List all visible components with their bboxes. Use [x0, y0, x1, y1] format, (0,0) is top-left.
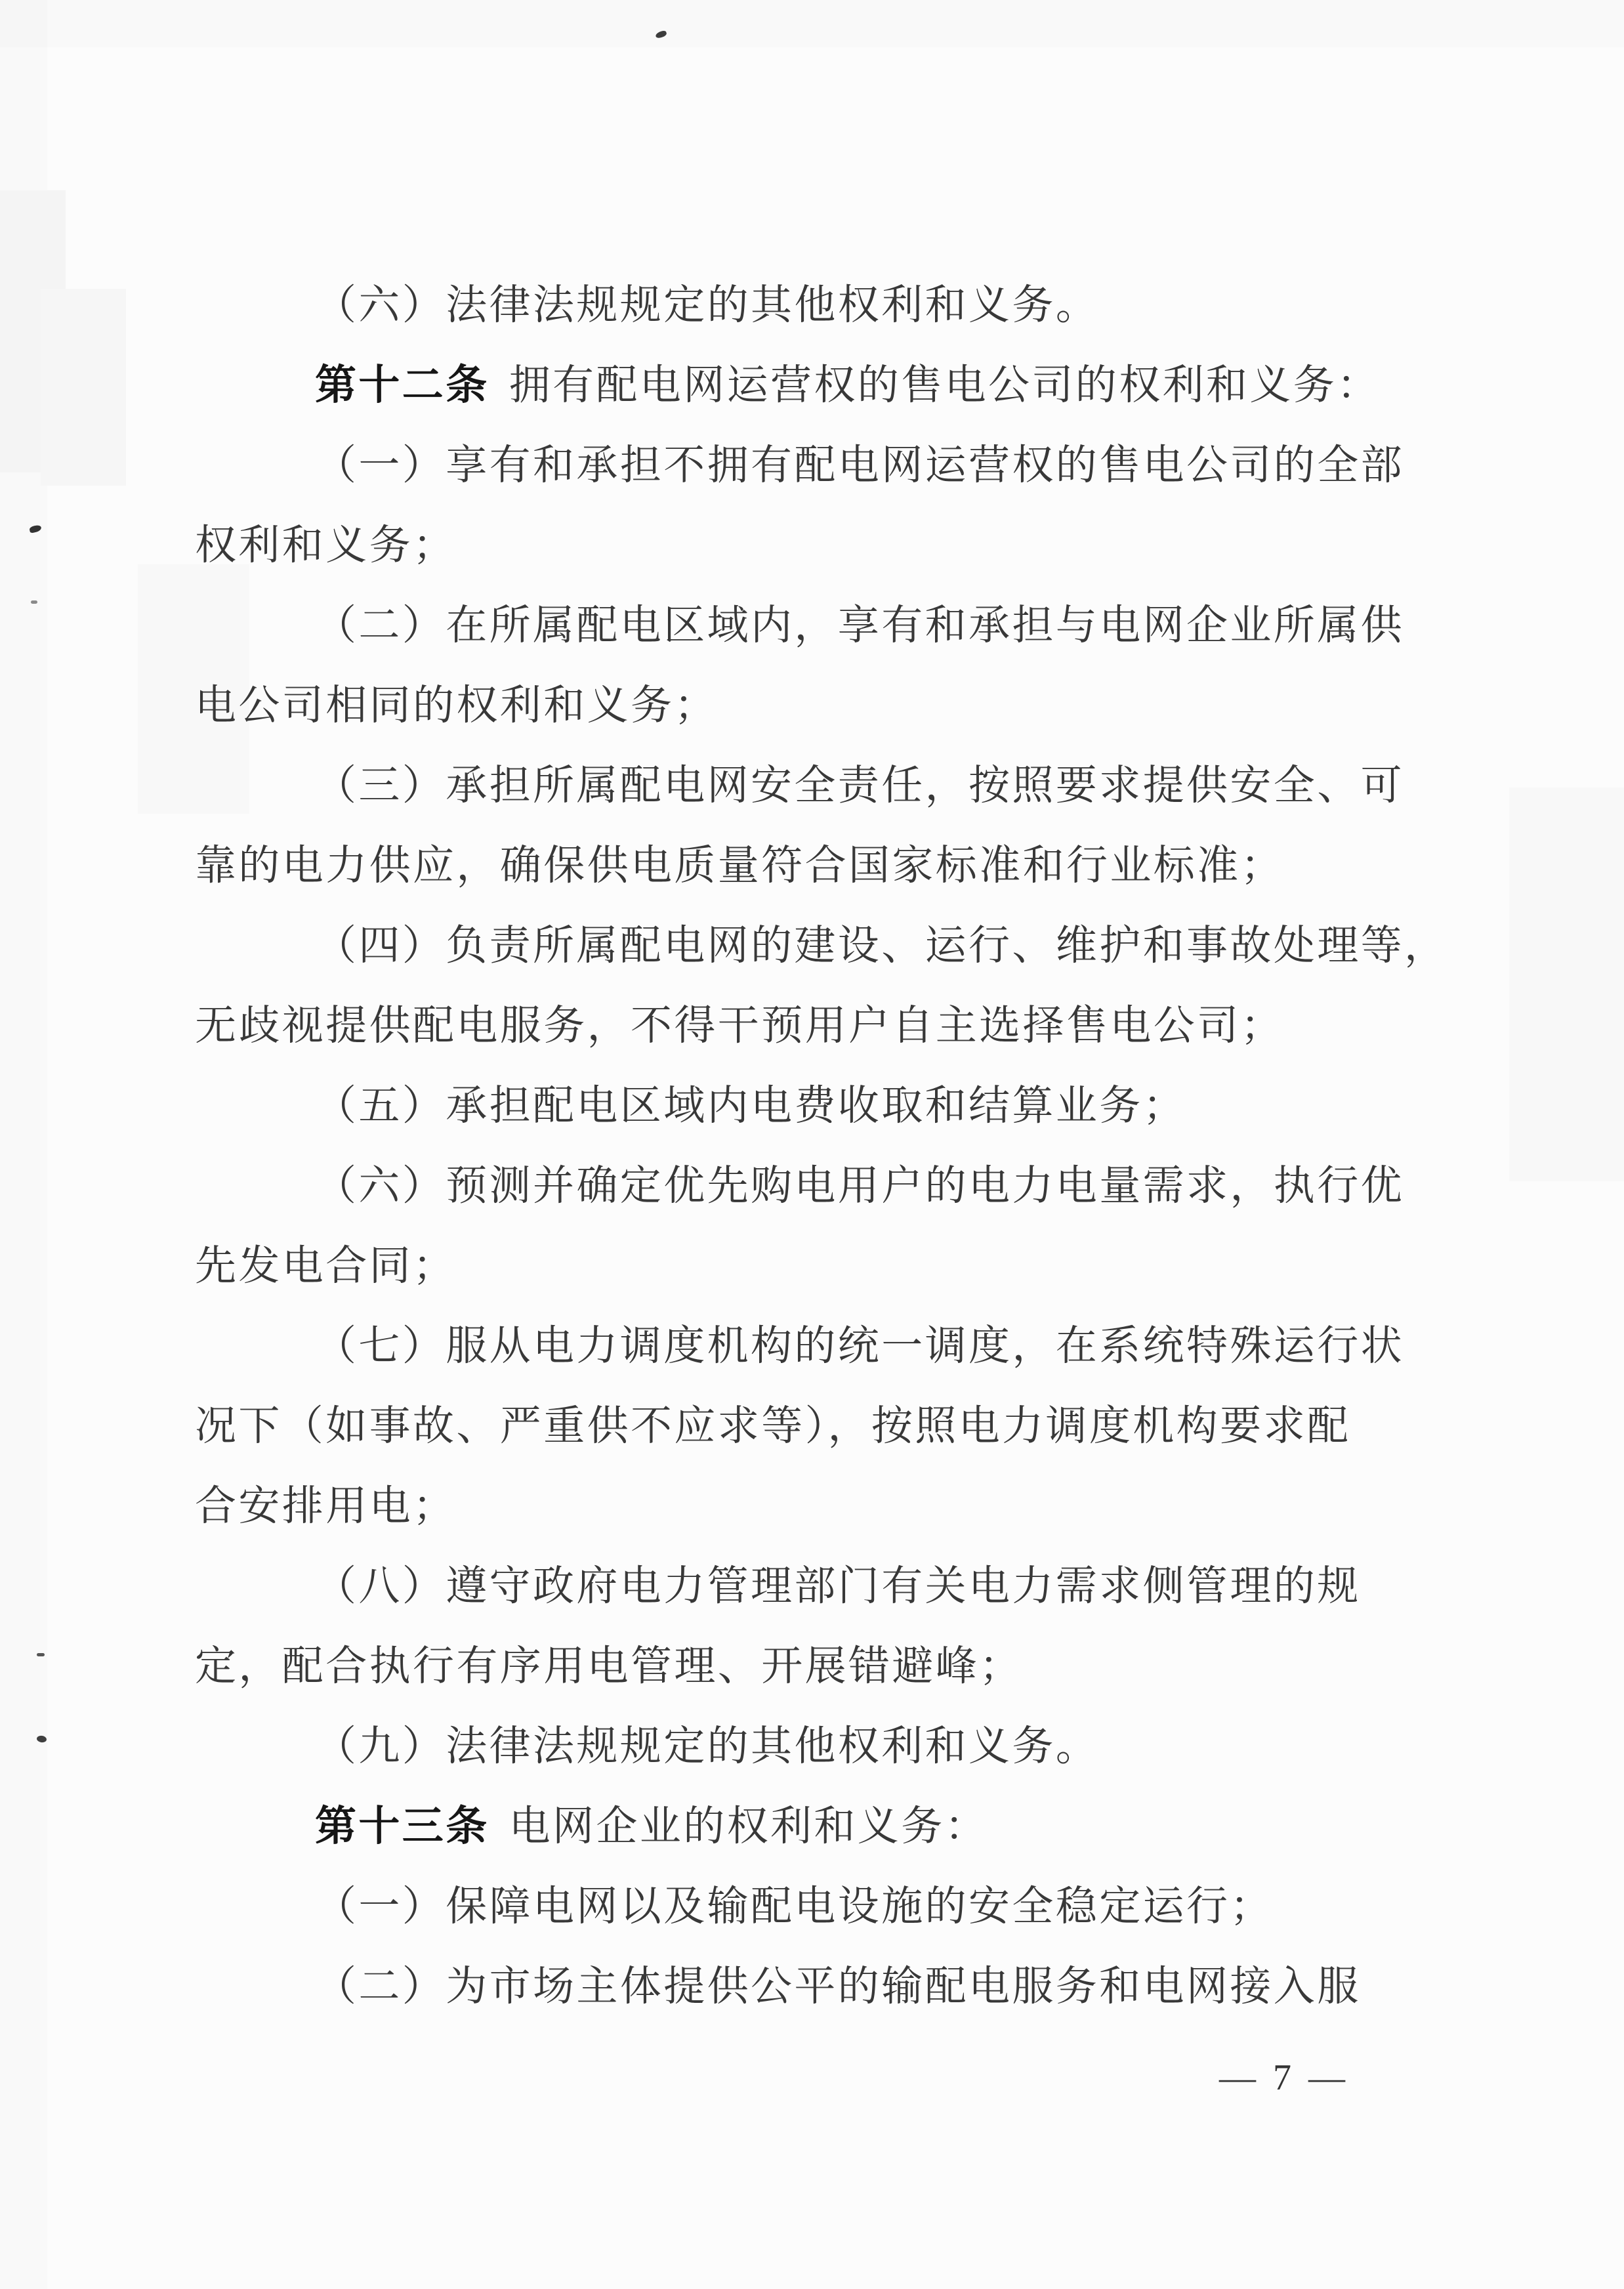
scan-shading [0, 190, 66, 472]
text-line-18: 定，配合执行有序用电管理、开展错避峰； [195, 1626, 1428, 1706]
line-text: （二）为市场主体提供公平的输配电服务和电网接入服 [315, 1963, 1361, 2009]
text-line-17: （八）遵守政府电力管理部门有关电力需求侧管理的规 [195, 1546, 1428, 1626]
text-line-1: （六）法律法规规定的其他权利和义务。 [195, 265, 1428, 345]
text-line-9: （四）负责所属配电网的建设、运行、维护和事故处理等， [195, 906, 1428, 986]
scan-speck [29, 524, 42, 534]
text-line-7: （三）承担所属配电网安全责任，按照要求提供安全、可 [195, 745, 1428, 826]
text-line-10: 无歧视提供配电服务，不得干预用户自主选择售电公司； [195, 986, 1428, 1066]
line-text: （一）享有和承担不拥有配电网运营权的售电公司的全部 [315, 442, 1404, 488]
page-number: — 7 — [1219, 2057, 1349, 2099]
text-line-8: 靠的电力供应，确保供电质量符合国家标准和行业标准； [195, 826, 1428, 906]
text-line-4: 权利和义务； [195, 505, 1428, 585]
line-text: （二）在所属配电区域内，享有和承担与电网企业所属供 [315, 602, 1404, 648]
line-text: （五）承担配电区域内电费收取和结算业务； [315, 1083, 1186, 1129]
line-text: （六）预测并确定优先购电用户的电力电量需求，执行优 [315, 1163, 1404, 1209]
text-line-14: （七）服从电力调度机构的统一调度，在系统特殊运行状 [195, 1306, 1428, 1386]
text-line-5: （二）在所属配电区域内，享有和承担与电网企业所属供 [195, 585, 1428, 665]
line-text: 定，配合执行有序用电管理、开展错避峰； [195, 1643, 1023, 1689]
line-text: 合安排用电； [195, 1483, 456, 1529]
scan-speck [37, 1653, 45, 1656]
line-text: 权利和义务； [195, 522, 456, 568]
document-body: （六）法律法规规定的其他权利和义务。第十二条拥有配电网运营权的售电公司的权利和义… [195, 265, 1428, 2026]
text-line-16: 合安排用电； [195, 1466, 1428, 1546]
line-text: 先发电合同； [195, 1243, 456, 1289]
scan-shading [41, 289, 126, 486]
line-text: 电公司相同的权利和义务； [195, 682, 718, 728]
line-text: 拥有配电网运营权的售电公司的权利和义务： [509, 362, 1381, 408]
line-text: （一）保障电网以及输配电设施的安全稳定运行； [315, 1883, 1274, 1929]
document-page: （六）法律法规规定的其他权利和义务。第十二条拥有配电网运营权的售电公司的权利和义… [0, 0, 1624, 2289]
line-text: 靠的电力供应，确保供电质量符合国家标准和行业标准； [195, 843, 1284, 889]
text-line-2: 第十二条拥有配电网运营权的售电公司的权利和义务： [195, 345, 1428, 425]
scan-speck [31, 600, 37, 604]
text-line-3: （一）享有和承担不拥有配电网运营权的售电公司的全部 [195, 425, 1428, 505]
line-text: （四）负责所属配电网的建设、运行、维护和事故处理等， [315, 923, 1447, 969]
text-line-19: （九）法律法规规定的其他权利和义务。 [195, 1706, 1428, 1786]
text-line-15: 况下（如事故、严重供不应求等），按照电力调度机构要求配 [195, 1386, 1428, 1466]
scan-speck [36, 1735, 47, 1743]
scan-shading [1509, 787, 1624, 1181]
line-text: （八）遵守政府电力管理部门有关电力需求侧管理的规 [315, 1563, 1361, 1609]
scan-speck [655, 30, 667, 39]
line-text: 无歧视提供配电服务，不得干预用户自主选择售电公司； [195, 1003, 1284, 1049]
text-line-22: （二）为市场主体提供公平的输配电服务和电网接入服 [195, 1946, 1428, 2026]
article-number: 第十三条 [315, 1803, 489, 1849]
text-line-12: （六）预测并确定优先购电用户的电力电量需求，执行优 [195, 1146, 1428, 1226]
text-line-11: （五）承担配电区域内电费收取和结算业务； [195, 1066, 1428, 1146]
line-text: （三）承担所属配电网安全责任，按照要求提供安全、可 [315, 763, 1404, 808]
line-text: （七）服从电力调度机构的统一调度，在系统特殊运行状 [315, 1323, 1404, 1369]
text-line-6: 电公司相同的权利和义务； [195, 665, 1428, 745]
article-number: 第十二条 [315, 362, 489, 408]
line-text: 况下（如事故、严重供不应求等），按照电力调度机构要求配 [195, 1403, 1350, 1449]
line-text: （九）法律法规规定的其他权利和义务。 [315, 1723, 1099, 1769]
line-text: （六）法律法规规定的其他权利和义务。 [315, 282, 1099, 328]
line-text: 电网企业的权利和义务： [509, 1803, 988, 1849]
text-line-20: 第十三条电网企业的权利和义务： [195, 1786, 1428, 1866]
text-line-21: （一）保障电网以及输配电设施的安全稳定运行； [195, 1866, 1428, 1946]
text-line-13: 先发电合同； [195, 1226, 1428, 1306]
